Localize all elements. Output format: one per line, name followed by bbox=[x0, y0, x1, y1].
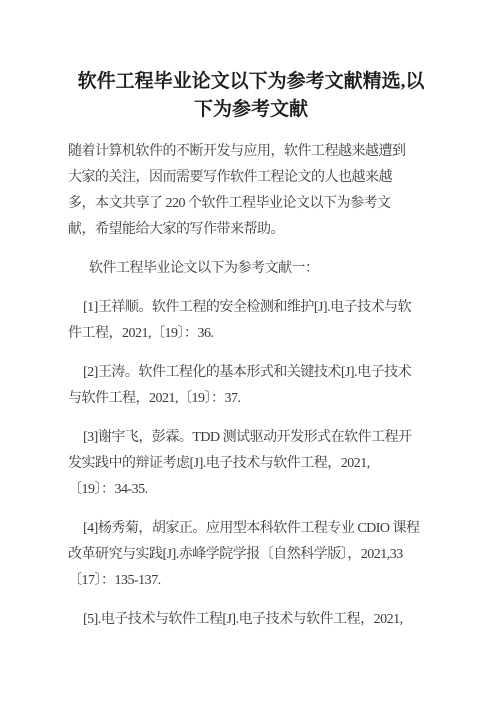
text-line: 随着计算机软件的不断开发与应用，软件工程越来越遭到 bbox=[68, 139, 434, 165]
text-line: 发实践中的辩证考虑[J].电子技术与软件工程，2021, bbox=[68, 451, 434, 477]
text-line: 〔17〕：135-137. bbox=[68, 568, 434, 594]
text-line: 件工程，2021,〔19〕：36. bbox=[68, 321, 434, 347]
text-line: [4]杨秀菊，胡家正。应用型本科软件工程专业 CDIO 课程 bbox=[68, 516, 434, 542]
text-line: 软件工程毕业论文以下为参考文献精选,以 bbox=[68, 68, 434, 96]
text-line: [2]王涛。软件工程化的基本形式和关键技术[J].电子技术 bbox=[68, 360, 434, 386]
reference-item: [2]王涛。软件工程化的基本形式和关键技术[J].电子技术与软件工程，2021,… bbox=[68, 360, 434, 412]
text-line: [1]王祥顺。软件工程的安全检测和维护[J].电子技术与软 bbox=[68, 295, 434, 321]
reference-item: [4]杨秀菊，胡家正。应用型本科软件工程专业 CDIO 课程改革研究与实践[J]… bbox=[68, 516, 434, 594]
reference-list-heading: 软件工程毕业论文以下为参考文献一： bbox=[68, 256, 434, 282]
text-line: 献，希望能给大家的写作带来帮助。 bbox=[68, 217, 434, 243]
document-title: 软件工程毕业论文以下为参考文献精选,以下为参考文献 bbox=[68, 68, 434, 124]
reference-item: [5].电子技术与软件工程[J].电子技术与软件工程，2021, bbox=[68, 607, 434, 633]
intro-paragraph: 随着计算机软件的不断开发与应用，软件工程越来越遭到大家的关注，因而需要写作软件工… bbox=[68, 139, 434, 243]
reference-list: [1]王祥顺。软件工程的安全检测和维护[J].电子技术与软件工程，2021,〔1… bbox=[68, 295, 434, 633]
text-line: [3]谢宇飞，彭霖。TDD 测试驱动开发形式在软件工程开 bbox=[68, 425, 434, 451]
text-line: 〔19〕：34-35. bbox=[68, 477, 434, 503]
text-line: 大家的关注，因而需要写作软件工程论文的人也越来越 bbox=[68, 165, 434, 191]
reference-item: [3]谢宇飞，彭霖。TDD 测试驱动开发形式在软件工程开发实践中的辩证考虑[J]… bbox=[68, 425, 434, 503]
text-line: 下为参考文献 bbox=[68, 96, 434, 124]
reference-item: [1]王祥顺。软件工程的安全检测和维护[J].电子技术与软件工程，2021,〔1… bbox=[68, 295, 434, 347]
text-line: 与软件工程，2021,〔19〕：37. bbox=[68, 386, 434, 412]
document-page: 软件工程毕业论文以下为参考文献精选,以下为参考文献 随着计算机软件的不断开发与应… bbox=[0, 0, 500, 707]
text-line: 多，本文共享了 220 个软件工程毕业论文以下为参考文 bbox=[68, 191, 434, 217]
text-line: 改革研究与实践[J].赤峰学院学报〔自然科学版〕，2021,33 bbox=[68, 542, 434, 568]
text-line: [5].电子技术与软件工程[J].电子技术与软件工程，2021, bbox=[68, 607, 434, 633]
